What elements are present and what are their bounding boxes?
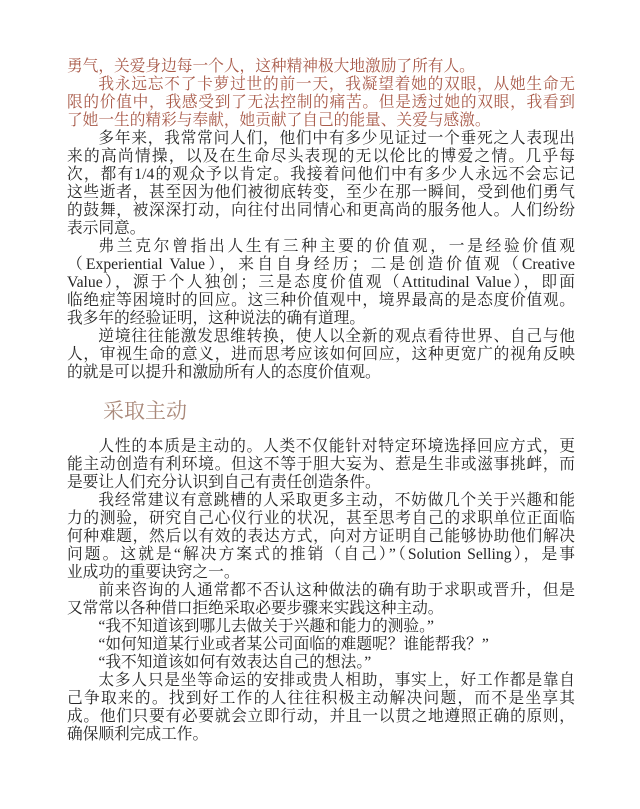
text-column: 勇气，关爱身边每一个人，这种精神极大地激励了所有人。我永远忘不了卡萝过世的前一天… bbox=[67, 58, 575, 744]
text-line: 限的价值中，我感受到了无法控制的痛苦。但是透过她的双眼，我看到 bbox=[67, 94, 575, 112]
text-line: 表示同意。 bbox=[67, 220, 575, 238]
text-line: 力的测验，研究自己心仪行业的状况，甚至思考自己的求职单位正面临 bbox=[67, 510, 575, 528]
text-line: 临绝症等困境时的回应。这三种价值观中，境界最高的是态度价值观。 bbox=[67, 292, 575, 310]
text-line: 的鼓舞，被深深打动，向往付出同情心和更高尚的服务他人。人们纷纷 bbox=[67, 202, 575, 220]
paragraph: “如何知道某行业或者某公司面临的难题呢？谁能帮我？” bbox=[67, 636, 575, 654]
text-line: 次，都有1/4的观众予以肯定。我接着问他们中有多少人永远不会忘记 bbox=[67, 166, 575, 184]
highlighted-paragraph: 我永远忘不了卡萝过世的前一天，我凝望着她的双眼，从她生命无限的价值中，我感受到了… bbox=[67, 76, 575, 130]
paragraph: “我不知道该到哪儿去做关于兴趣和能力的测验。” bbox=[67, 618, 575, 636]
text-line: 又常常以各种借口拒绝采取必要步骤来实践这种主动。 bbox=[67, 600, 575, 618]
paragraph: 前来咨询的人通常都不否认这种做法的确有助于求职或晋升，但是又常常以各种借口拒绝采… bbox=[67, 582, 575, 618]
text-line: Value），源于个人独创；三是态度价值观（Attitudinal Value）… bbox=[67, 274, 575, 292]
text-line: 来的高尚情操，以及在生命尽头表现的无以伦比的博爱之情。几乎每 bbox=[67, 148, 575, 166]
text-line: 成。他们只要有必要就会立即行动，并且一以贯之地遵照正确的原则， bbox=[67, 708, 575, 726]
text-line: “我不知道该如何有效表达自己的想法。” bbox=[67, 654, 575, 672]
text-line: 弗兰克尔曾指出人生有三种主要的价值观，一是经验价值观 bbox=[67, 238, 575, 256]
text-line: 我永远忘不了卡萝过世的前一天，我凝望着她的双眼，从她生命无 bbox=[67, 76, 575, 94]
text-line: 太多人只是坐等命运的安排或贵人相助，事实上，好工作都是靠自 bbox=[67, 672, 575, 690]
paragraph: 逆境往往能激发思维转换，使人以全新的观点看待世界、自己与他人，审视生命的意义，进… bbox=[67, 328, 575, 382]
text-line: 前来咨询的人通常都不否认这种做法的确有助于求职或晋升，但是 bbox=[67, 582, 575, 600]
text-line: 是要让人们充分认识到自己有责任创造条件。 bbox=[67, 474, 575, 492]
text-line: 勇气，关爱身边每一个人，这种精神极大地激励了所有人。 bbox=[67, 58, 575, 76]
text-line: 这些逝者，甚至因为他们被彻底转变，至少在那一瞬间，受到他们勇气 bbox=[67, 184, 575, 202]
text-line: 确保顺利完成工作。 bbox=[67, 726, 575, 744]
paragraph: 太多人只是坐等命运的安排或贵人相助，事实上，好工作都是靠自己争取来的。找到好工作… bbox=[67, 672, 575, 744]
text-line: 何种难题，然后以有效的表达方式，向对方证明自己能够协助他们解决 bbox=[67, 528, 575, 546]
paragraph: 我经常建议有意跳槽的人采取更多主动，不妨做几个关于兴趣和能力的测验，研究自己心仪… bbox=[67, 492, 575, 582]
text-line: 人，审视生命的意义，进而思考应该如何回应，这种更宽广的视角反映 bbox=[67, 346, 575, 364]
paragraph: 弗兰克尔曾指出人生有三种主要的价值观，一是经验价值观（Experiential … bbox=[67, 238, 575, 328]
text-line: 能主动创造有利环境。但这不等于胆大妄为、惹是生非或滋事挑衅，而 bbox=[67, 456, 575, 474]
text-line: 我多年的经验证明，这种说法的确有道理。 bbox=[67, 310, 575, 328]
paragraph: “我不知道该如何有效表达自己的想法。” bbox=[67, 654, 575, 672]
paragraph: 多年来，我常常问人们，他们中有多少见证过一个垂死之人表现出来的高尚情操，以及在生… bbox=[67, 130, 575, 238]
book-page: 勇气，关爱身边每一个人，这种精神极大地激励了所有人。我永远忘不了卡萝过世的前一天… bbox=[0, 0, 640, 809]
text-line: 我经常建议有意跳槽的人采取更多主动，不妨做几个关于兴趣和能 bbox=[67, 492, 575, 510]
text-line: 多年来，我常常问人们，他们中有多少见证过一个垂死之人表现出 bbox=[67, 130, 575, 148]
text-line: “如何知道某行业或者某公司面临的难题呢？谁能帮我？” bbox=[67, 636, 575, 654]
text-line: 问题。这就是“解决方案式的推销（自己）”（Solution Selling），是… bbox=[67, 546, 575, 564]
text-line: 的就是可以提升和激励所有人的态度价值观。 bbox=[67, 364, 575, 382]
text-line: （Experiential Value），来自自身经历；二是创造价值观（Crea… bbox=[67, 256, 575, 274]
text-line: 己争取来的。找到好工作的人往往积极主动解决问题，而不是坐享其 bbox=[67, 690, 575, 708]
highlighted-paragraph: 勇气，关爱身边每一个人，这种精神极大地激励了所有人。 bbox=[67, 58, 575, 76]
text-line: 了她一生的精彩与奉献，她贡献了自己的能量、关爱与感激。 bbox=[67, 112, 575, 130]
text-line: “我不知道该到哪儿去做关于兴趣和能力的测验。” bbox=[67, 618, 575, 636]
section-heading: 采取主动 bbox=[103, 398, 575, 425]
text-line: 业成功的重要诀窍之一。 bbox=[67, 564, 575, 582]
text-line: 人性的本质是主动的。人类不仅能针对特定环境选择回应方式，更 bbox=[67, 438, 575, 456]
text-line: 逆境往往能激发思维转换，使人以全新的观点看待世界、自己与他 bbox=[67, 328, 575, 346]
paragraph: 人性的本质是主动的。人类不仅能针对特定环境选择回应方式，更能主动创造有利环境。但… bbox=[67, 438, 575, 492]
